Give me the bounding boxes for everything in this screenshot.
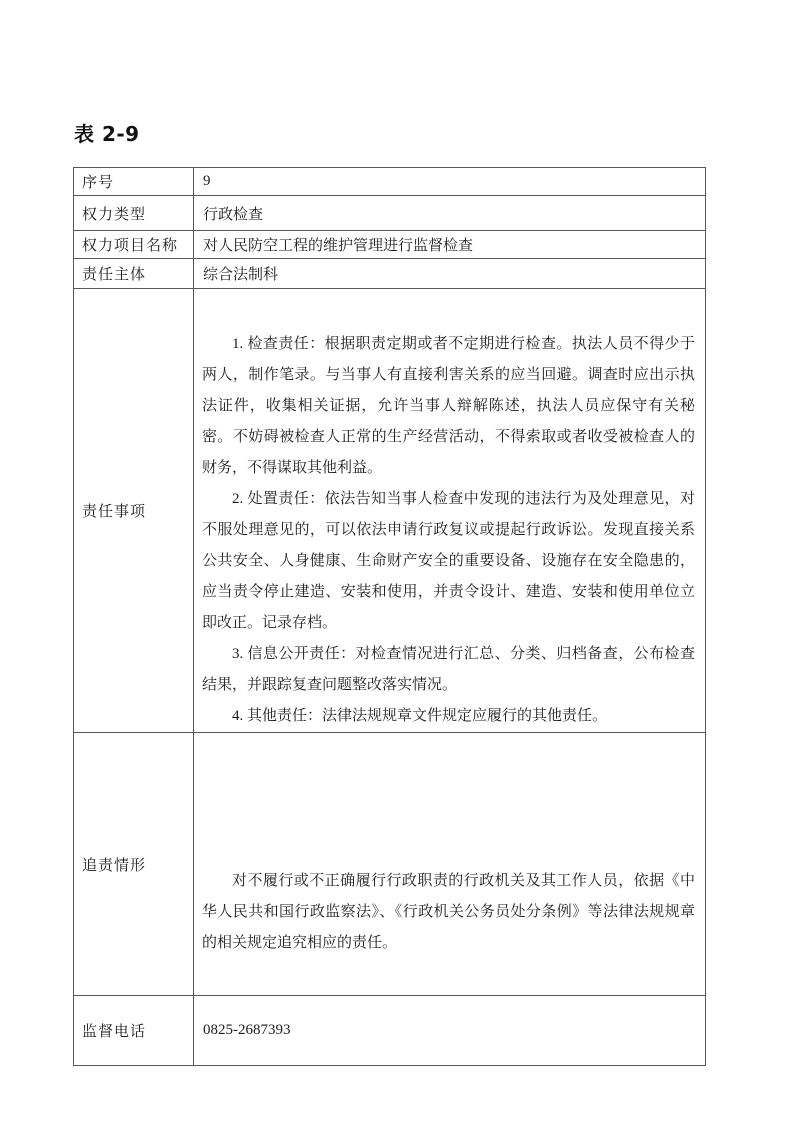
row-value-power-item-name: 对人民防空工程的维护管理进行监督检查	[194, 231, 706, 259]
row-label-serial: 序号	[74, 168, 194, 196]
table-row-duty-items: 责任事项 1. 检查责任：根据职责定期或者不定期进行检查。执法人员不得少于两人，…	[74, 289, 706, 733]
row-value-serial: 9	[194, 168, 706, 196]
row-label-power-item-name: 权力项目名称	[74, 231, 194, 259]
duty-paragraph-disclosure: 3. 信息公开责任：对检查情况进行汇总、分类、归档备查，公布检查结果，并跟踪复查…	[202, 639, 695, 701]
row-value-responsible-entity: 综合法制科	[194, 259, 706, 289]
duty-paragraph-inspection: 1. 检查责任：根据职责定期或者不定期进行检查。执法人员不得少于两人，制作笔录。…	[202, 329, 695, 484]
table-row: 权力类型 行政检查	[74, 196, 706, 231]
table-row-phone: 监督电话 0825-2687393	[74, 996, 706, 1066]
duty-items-cell: 1. 检查责任：根据职责定期或者不定期进行检查。执法人员不得少于两人，制作笔录。…	[194, 289, 706, 733]
duty-paragraph-other: 4. 其他责任：法律法规规章文件规定应履行的其他责任。	[202, 701, 695, 732]
row-value-power-type: 行政检查	[194, 196, 706, 231]
row-label-responsible-entity: 责任主体	[74, 259, 194, 289]
accountability-cell: 对不履行或不正确履行行政职责的行政机关及其工作人员，依据《中华人民共和国行政监察…	[194, 733, 706, 996]
table-row: 责任主体 综合法制科	[74, 259, 706, 289]
duty-paragraph-disposal: 2. 处置责任：依法告知当事人检查中发现的违法行为及处理意见，对不服处理意见的，…	[202, 484, 695, 639]
row-label-supervision-phone: 监督电话	[74, 996, 194, 1066]
page-title: 表 2-9	[74, 118, 140, 147]
row-value-supervision-phone: 0825-2687393	[194, 996, 706, 1066]
row-label-duty-items: 责任事项	[74, 289, 194, 733]
table-row: 序号 9	[74, 168, 706, 196]
row-label-accountability: 追责情形	[74, 733, 194, 996]
accountability-paragraph: 对不履行或不正确履行行政职责的行政机关及其工作人员，依据《中华人民共和国行政监察…	[202, 866, 695, 959]
row-label-power-type: 权力类型	[74, 196, 194, 231]
document-page: 表 2-9 序号 9 权力类型 行政检查 权力项目名称 对人民防空工程的维护管理…	[0, 0, 793, 1122]
table-row-accountability: 追责情形 对不履行或不正确履行行政职责的行政机关及其工作人员，依据《中华人民共和…	[74, 733, 706, 996]
power-duty-table: 序号 9 权力类型 行政检查 权力项目名称 对人民防空工程的维护管理进行监督检查…	[73, 167, 706, 1066]
table-row: 权力项目名称 对人民防空工程的维护管理进行监督检查	[74, 231, 706, 259]
